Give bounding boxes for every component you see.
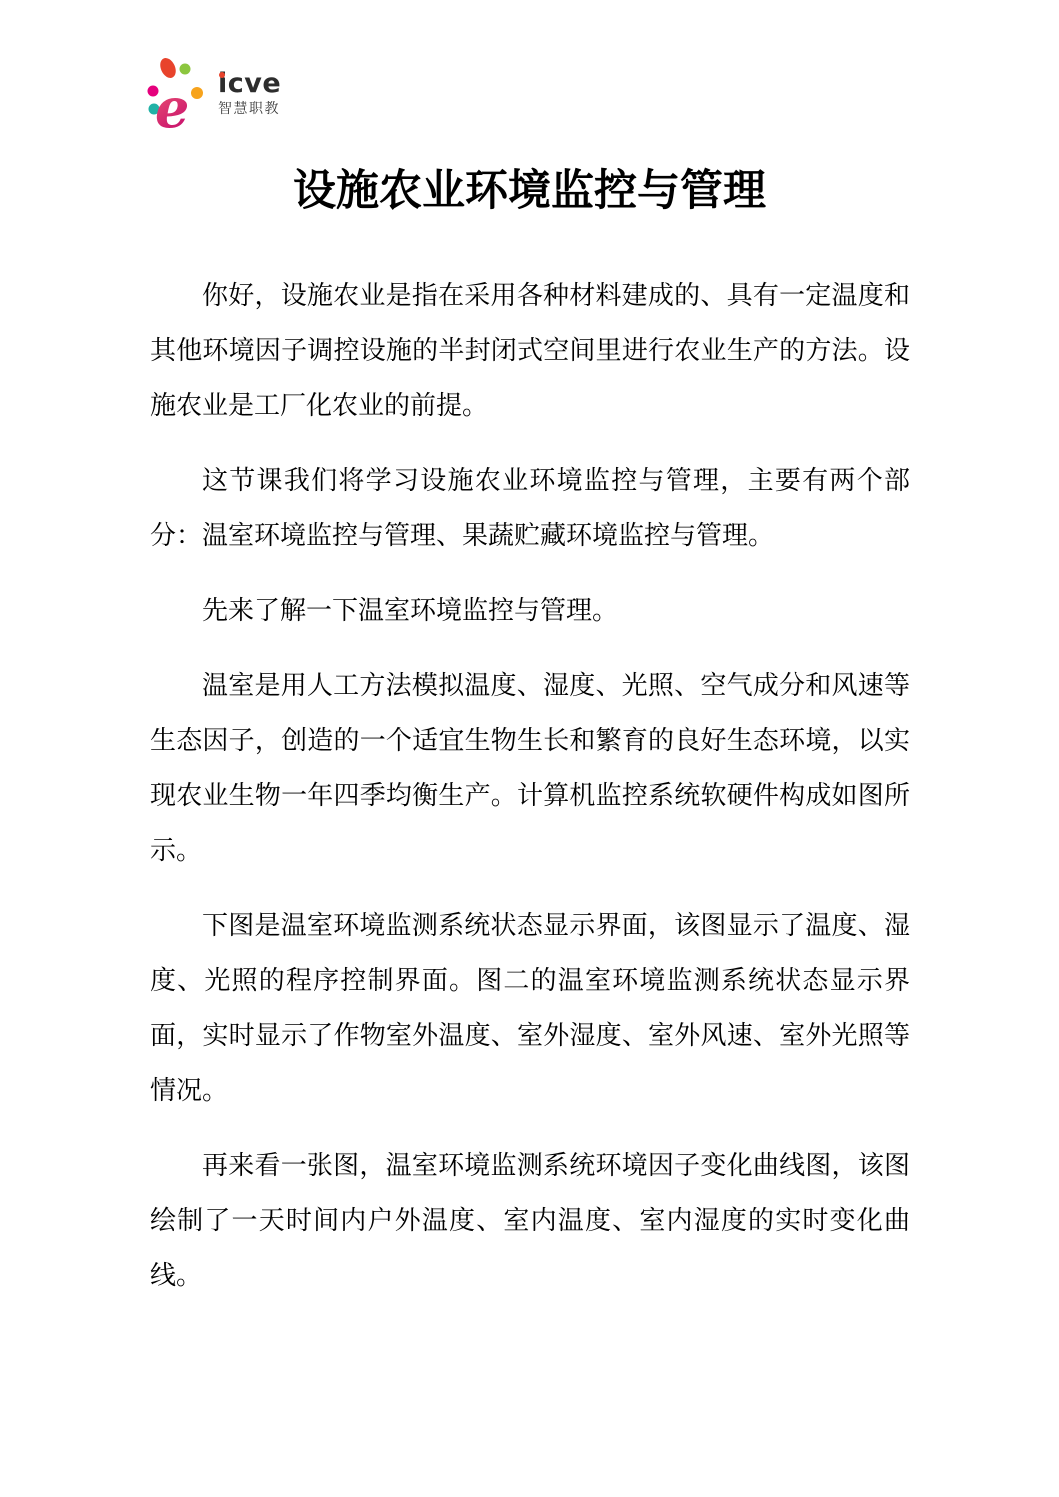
brand-subtitle: 智慧职教: [218, 100, 281, 116]
document-body: 你好，设施农业是指在采用各种材料建成的、具有一定温度和其他环境因子调控设施的半封…: [150, 268, 910, 1323]
brand-row: icve: [218, 70, 281, 97]
paragraph-monitor-ui-description: 下图是温室环境监测系统状态显示界面，该图显示了温度、湿度、光照的程序控制界面。图…: [150, 898, 910, 1118]
brand-name: icve: [218, 68, 281, 99]
document-title: 设施农业环境监控与管理: [0, 163, 1059, 221]
paragraph-curve-chart-description: 再来看一张图，温室环境监测系统环境因子变化曲线图，该图绘制了一天时间内户外温度、…: [150, 1138, 910, 1303]
paragraph-lesson-overview: 这节课我们将学习设施农业环境监控与管理，主要有两个部分：温室环境监控与管理、果蔬…: [150, 453, 910, 563]
logo-text-block: icve 智慧职教: [218, 70, 281, 116]
paragraph-greenhouse-definition: 温室是用人工方法模拟温度、湿度、光照、空气成分和风速等生态因子，创造的一个适宜生…: [150, 658, 910, 878]
paragraph-intro: 你好，设施农业是指在采用各种材料建成的、具有一定温度和其他环境因子调控设施的半封…: [150, 268, 910, 433]
logo-e-glyph: e: [155, 76, 189, 135]
petal-orange-icon: [191, 87, 203, 99]
document-page: e icve 智慧职教 设施农业环境监控与管理 你好，设施农业是指在采用各种材料…: [0, 0, 1059, 1497]
paragraph-greenhouse-lead: 先来了解一下温室环境监控与管理。: [150, 583, 910, 638]
icve-logo: e icve 智慧职教: [147, 57, 281, 135]
petal-green-icon: [180, 64, 191, 75]
icve-flower-icon: e: [147, 57, 211, 135]
brand-i-dot-icon: [219, 72, 225, 78]
